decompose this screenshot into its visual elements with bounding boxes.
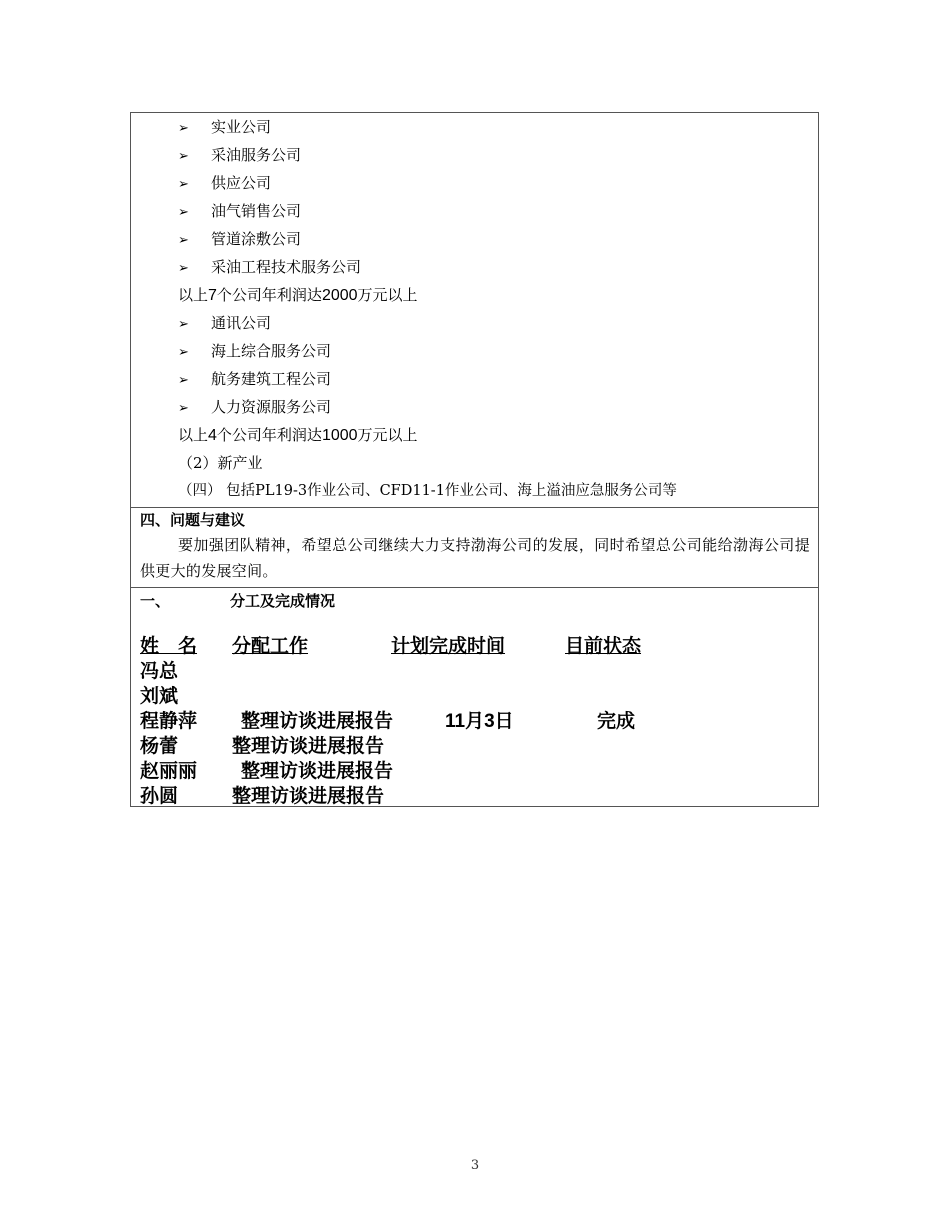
table-row: 冯总 (140, 659, 809, 684)
arrow-bullet-icon: ➢ (178, 255, 211, 283)
issues-cell: 四、问题与建议 要加强团队精神，希望总公司继续大力支持渤海公司的发展，同时希望总… (131, 508, 818, 588)
report-table: ➢实业公司 ➢采油服务公司 ➢供应公司 ➢油气销售公司 ➢管道涂敷公司 ➢采油工… (130, 112, 819, 807)
arrow-bullet-icon: ➢ (178, 143, 211, 171)
group2-summary: 以上4个公司年利润达1000万元以上 (131, 421, 818, 449)
table-row: 杨蕾 整理访谈进展报告 (140, 734, 809, 759)
assignments-heading: 一、分工及完成情况 (140, 590, 809, 614)
list-item: ➢航务建筑工程公司 (131, 365, 818, 393)
column-header-due: 计划完成时间 (391, 634, 505, 659)
table-row: 刘斌 (140, 684, 809, 709)
arrow-bullet-icon: ➢ (178, 339, 211, 367)
list-item: ➢采油工程技术服务公司 (131, 253, 818, 281)
arrow-bullet-icon: ➢ (178, 115, 211, 143)
item-four-text: （四） 包括PL19-3作业公司、CFD11-1作业公司、海上溢油应急服务公司等 (131, 477, 818, 505)
list-item: ➢海上综合服务公司 (131, 337, 818, 365)
assignments-header-row: 姓 名 分配工作 计划完成时间 目前状态 (140, 634, 809, 659)
column-header-task: 分配工作 (232, 634, 308, 659)
arrow-bullet-icon: ➢ (178, 367, 211, 395)
column-header-name: 姓 名 (140, 634, 197, 659)
group1-summary: 以上7个公司年利润达2000万元以上 (131, 281, 818, 309)
new-industry-label: （2）新产业 (131, 449, 818, 477)
assignments-cell: 一、分工及完成情况 姓 名 分配工作 计划完成时间 目前状态 冯总 刘斌 程静萍… (131, 588, 818, 806)
issues-paragraph: 要加强团队精神，希望总公司继续大力支持渤海公司的发展，同时希望总公司能给渤海公司… (140, 532, 810, 584)
table-row: 程静萍 整理访谈进展报告 11月3日 完成 (140, 709, 809, 734)
table-row: 赵丽丽 整理访谈进展报告 (140, 759, 809, 784)
column-header-status: 目前状态 (565, 634, 641, 659)
table-row: 孙圆 整理访谈进展报告 (140, 784, 809, 809)
issues-heading: 四、问题与建议 (140, 510, 810, 532)
list-item: ➢管道涂敷公司 (131, 225, 818, 253)
page-number: 3 (0, 1158, 950, 1173)
arrow-bullet-icon: ➢ (178, 227, 211, 255)
list-item: ➢采油服务公司 (131, 141, 818, 169)
arrow-bullet-icon: ➢ (178, 171, 211, 199)
list-item: ➢实业公司 (131, 113, 818, 141)
companies-cell: ➢实业公司 ➢采油服务公司 ➢供应公司 ➢油气销售公司 ➢管道涂敷公司 ➢采油工… (131, 113, 818, 508)
arrow-bullet-icon: ➢ (178, 311, 211, 339)
list-item: ➢油气销售公司 (131, 197, 818, 225)
list-item: ➢人力资源服务公司 (131, 393, 818, 421)
arrow-bullet-icon: ➢ (178, 199, 211, 227)
list-item: ➢供应公司 (131, 169, 818, 197)
arrow-bullet-icon: ➢ (178, 395, 211, 423)
list-item: ➢通讯公司 (131, 309, 818, 337)
